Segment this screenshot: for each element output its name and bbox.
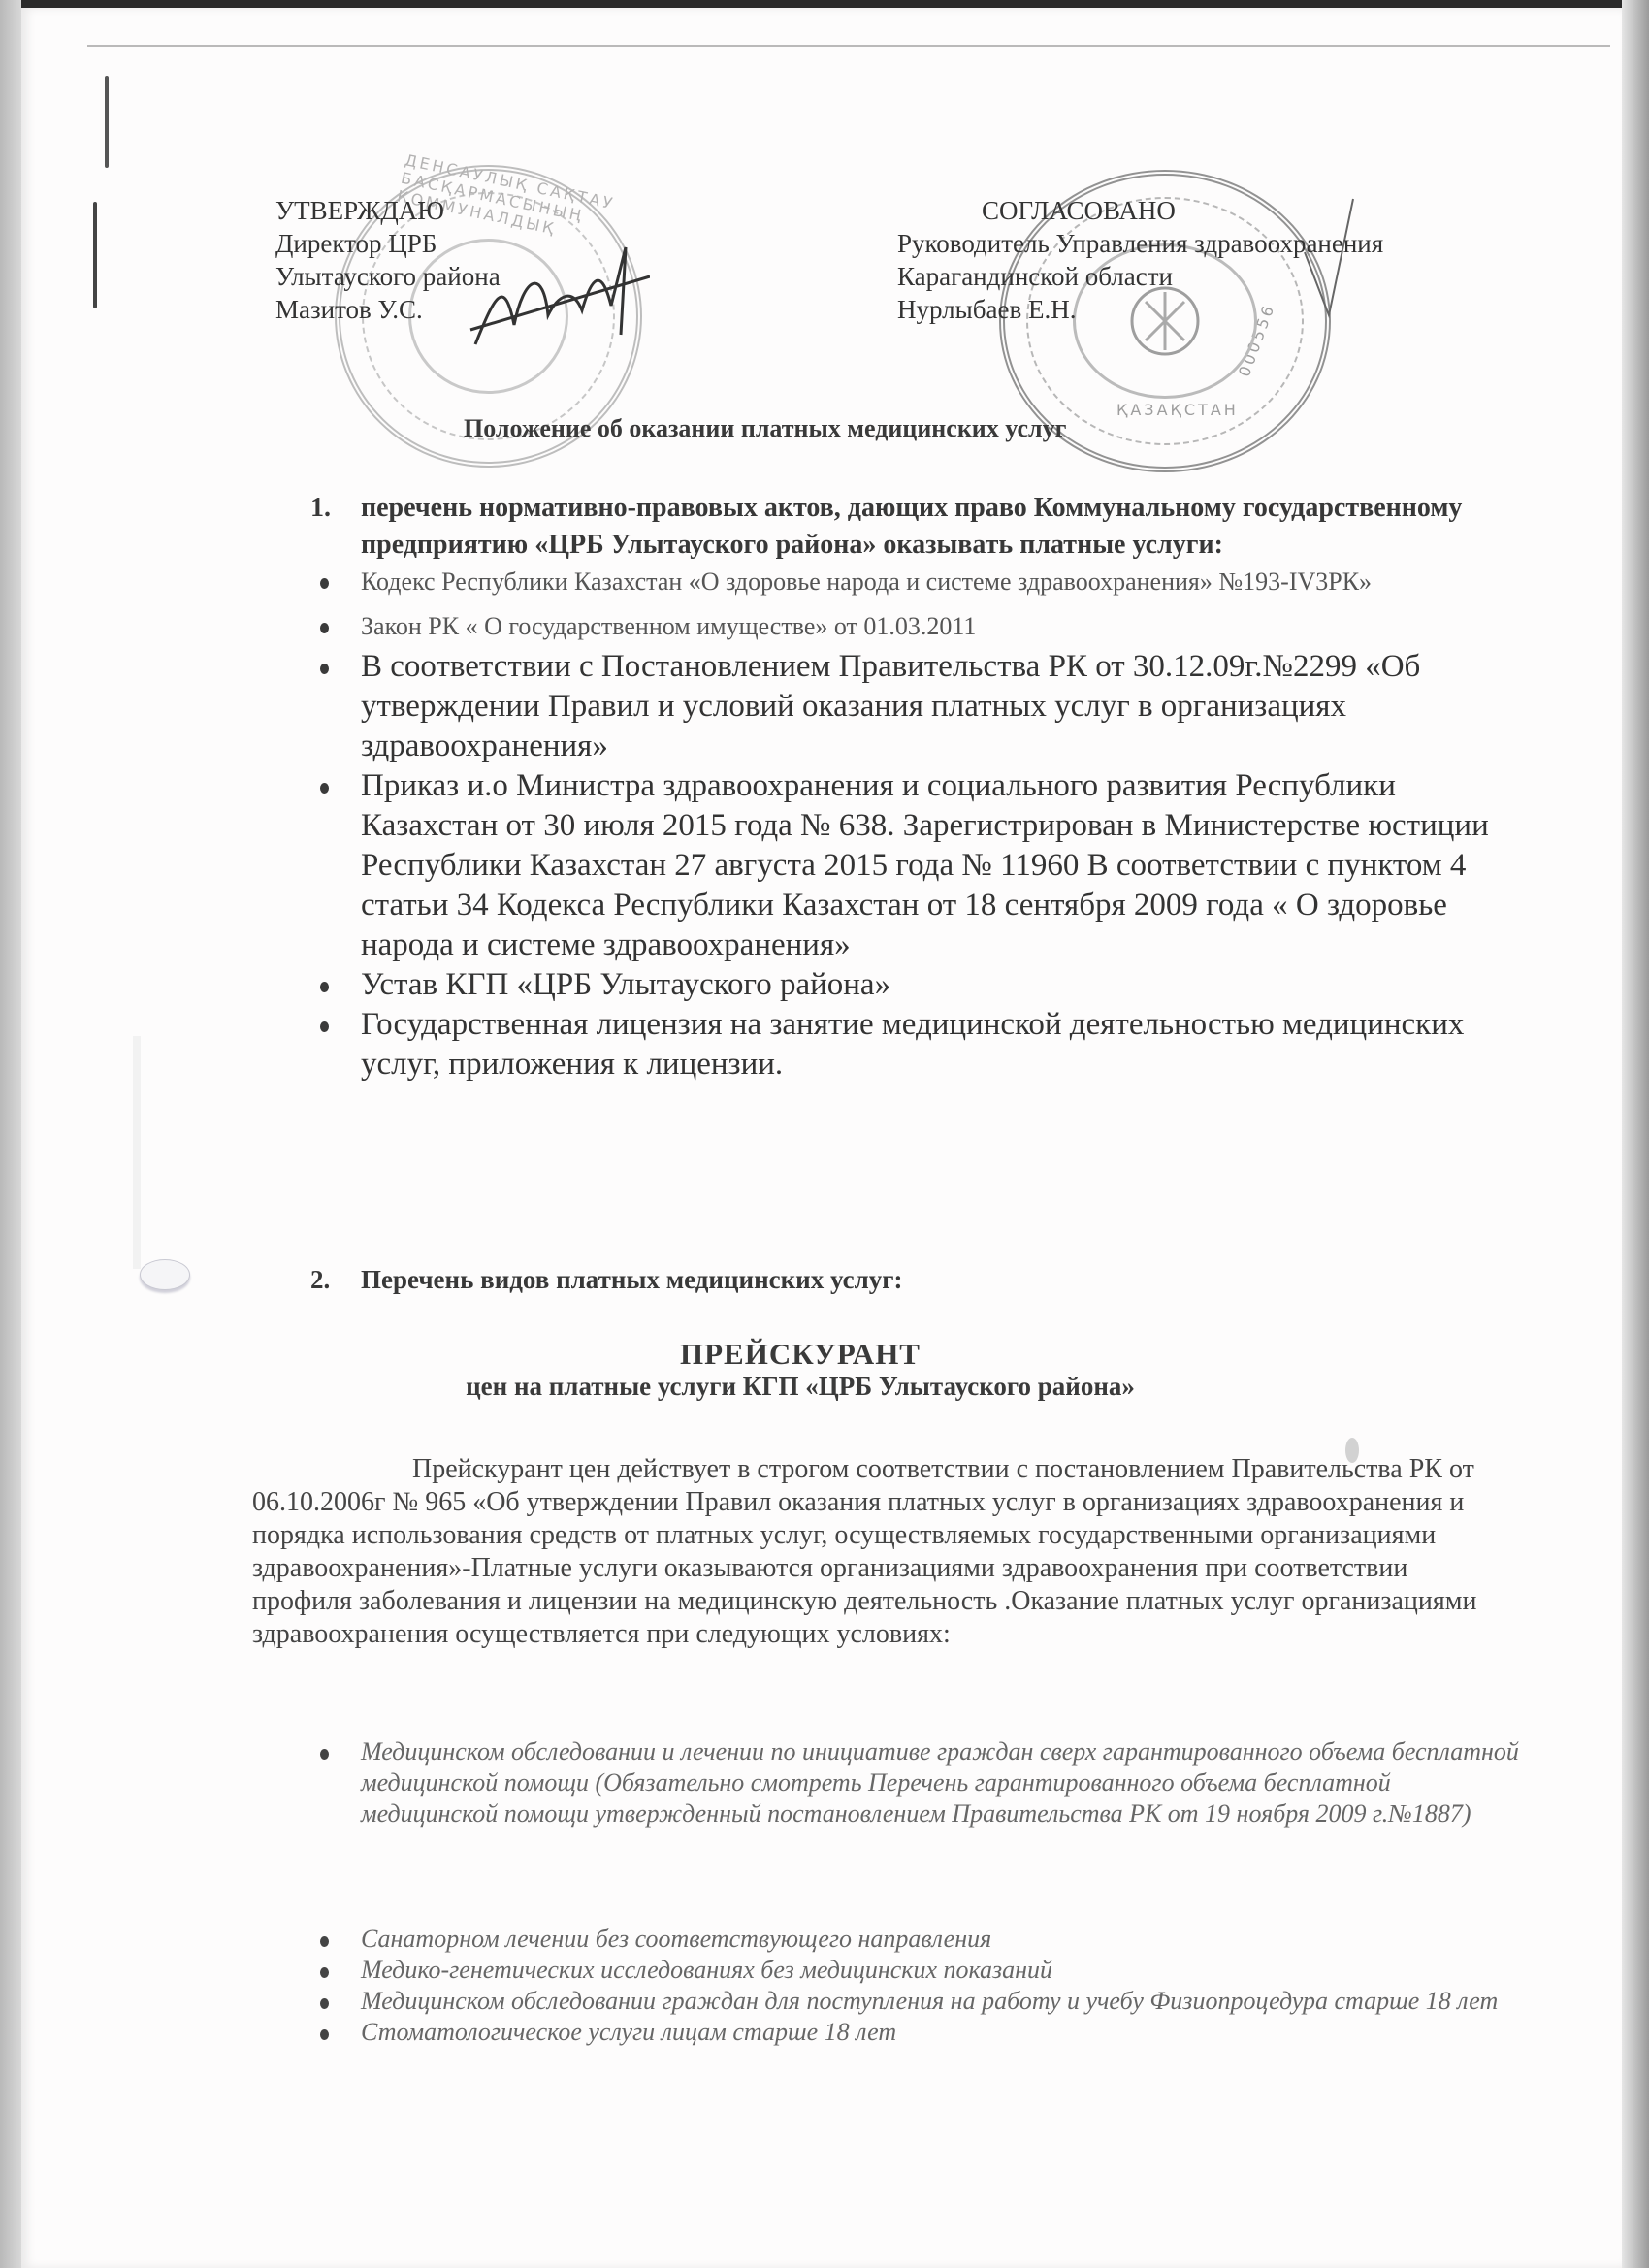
section-heading: 1. перечень нормативно-правовых актов, д… (310, 490, 1513, 564)
punch-hole (140, 1259, 190, 1290)
scan-gutter-right (1622, 0, 1649, 2268)
list-item: Кодекс Республики Казахстан «О здоровье … (310, 566, 1513, 599)
list-item: Приказ и.о Министра здравоохранения и со… (310, 766, 1513, 965)
list-item: Государственная лицензия на занятие меди… (310, 1005, 1513, 1085)
approver-name: Мазитов У.С. (275, 293, 501, 326)
approver-district: Улытауского района (275, 260, 501, 293)
list-item: В соответствии с Постановлением Правител… (310, 647, 1513, 766)
approval-block-right: СОГЛАСОВАНО Руководитель Управления здра… (897, 194, 1383, 326)
scan-gutter-left (0, 0, 21, 2268)
fold-shadow (133, 1036, 141, 1269)
agreer-position: Руководитель Управления здравоохранения (897, 227, 1383, 260)
scan-top-rule (87, 45, 1610, 47)
conditions-list: Медицинском обследовании и лечении по ин… (310, 1736, 1533, 1830)
price-list-title: ПРЕЙСКУРАНТ (0, 1337, 1600, 1372)
agreement-label: СОГЛАСОВАНО (897, 194, 1383, 227)
section-service-types: 2. Перечень видов платных медицинских ус… (310, 1261, 1513, 1298)
section-heading-text: перечень нормативно-правовых актов, дающ… (361, 490, 1513, 564)
agreer-region: Карагандинской области (897, 260, 1383, 293)
approval-label: УТВЕРЖДАЮ (275, 194, 501, 227)
scan-border (0, 0, 1649, 8)
price-list-intro: Прейскурант цен действует в строгом соот… (252, 1453, 1513, 1651)
section-number: 2. (310, 1261, 361, 1298)
document-title: Положение об оказании платных медицински… (464, 414, 1066, 443)
binding-mark (105, 76, 109, 168)
binding-mark (93, 202, 97, 308)
intro-text: Прейскурант цен действует в строгом соот… (252, 1454, 1476, 1649)
approver-position: Директор ЦРБ (275, 227, 501, 260)
list-item: Медико-генетических исследованиях без ме… (310, 1955, 1533, 1986)
section-number: 1. (310, 490, 361, 564)
section-heading: 2. Перечень видов платных медицинских ус… (310, 1261, 1513, 1298)
legal-acts-list-large: В соответствии с Постановлением Правител… (310, 647, 1513, 1085)
list-item: Медицинском обследовании и лечении по ин… (310, 1736, 1533, 1830)
list-item: Устав КГП «ЦРБ Улытауского района» (310, 965, 1513, 1005)
list-item: Стоматологическое услуги лицам старше 18… (310, 2017, 1533, 2048)
conditions-list: Санаторном лечении без соответствующего … (310, 1924, 1533, 2048)
approval-block-left: УТВЕРЖДАЮ Директор ЦРБ Улытауского район… (275, 194, 501, 326)
section-legal-acts: 1. перечень нормативно-правовых актов, д… (310, 490, 1513, 1085)
list-item: Санаторном лечении без соответствующего … (310, 1924, 1533, 1955)
agreer-name: Нурлыбаев Е.Н. (897, 293, 1383, 326)
list-item: Закон РК « О государственном имуществе» … (310, 610, 1513, 643)
list-item: Медицинском обследовании граждан для пос… (310, 1986, 1533, 2017)
price-list-subtitle: цен на платные услуги КГП «ЦРБ Улытауско… (0, 1372, 1600, 1402)
stamp-right-center: ҚАЗАҚСТАН (1116, 401, 1239, 419)
legal-acts-list-small: Кодекс Республики Казахстан «О здоровье … (310, 566, 1513, 643)
section-heading-text: Перечень видов платных медицинских услуг… (361, 1261, 903, 1298)
